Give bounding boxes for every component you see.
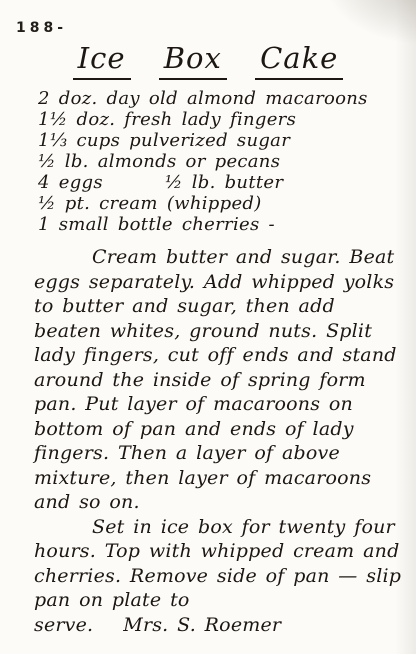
ingredient-macaroons: 2 doz. day old almond macaroons (38, 88, 368, 109)
ingredient-line: 1⅓ cups pulverized sugar (38, 130, 408, 151)
ingredient-line: 1 small bottle cherries - (38, 214, 408, 235)
ingredient-lady-fingers: 1½ doz. fresh lady fingers (38, 109, 296, 130)
instructions-paragraph-1: Cream butter and sugar. Beat eggs separa… (34, 245, 402, 515)
ingredient-line: ½ lb. almonds or pecans (38, 151, 408, 172)
ingredient-line: 2 doz. day old almond macaroons (38, 88, 408, 109)
ingredient-butter: ½ lb. butter (165, 172, 283, 193)
title-word-box: Box (159, 40, 227, 80)
ingredient-sugar: 1⅓ cups pulverized sugar (38, 130, 290, 151)
instructions-paragraph-2: Set in ice box for twenty four hours. To… (34, 515, 402, 638)
ingredient-line: 1½ doz. fresh lady fingers (38, 109, 408, 130)
page-number: 188- (16, 20, 67, 36)
title-word-cake: Cake (255, 40, 343, 80)
ingredient-nuts: ½ lb. almonds or pecans (38, 151, 280, 172)
ingredient-eggs: 4 eggs (38, 172, 103, 193)
ingredient-cherries: 1 small bottle cherries - (38, 214, 275, 235)
instructions: Cream butter and sugar. Beat eggs separa… (34, 245, 402, 637)
recipe-title: Ice Box Cake (12, 40, 404, 80)
instructions-text-1: Cream butter and sugar. Beat eggs separa… (34, 246, 397, 513)
ingredients-list: 2 doz. day old almond macaroons 1½ doz. … (38, 88, 408, 235)
recipe-page: 188- Ice Box Cake 2 doz. day old almond … (0, 0, 416, 654)
ingredient-line: 4 eggs ½ lb. butter (38, 172, 408, 193)
signature: Mrs. S. Roemer (123, 614, 281, 636)
ingredient-line: ½ pt. cream (whipped) (38, 193, 408, 214)
ingredient-cream: ½ pt. cream (whipped) (38, 193, 262, 214)
title-word-ice: Ice (73, 40, 131, 80)
